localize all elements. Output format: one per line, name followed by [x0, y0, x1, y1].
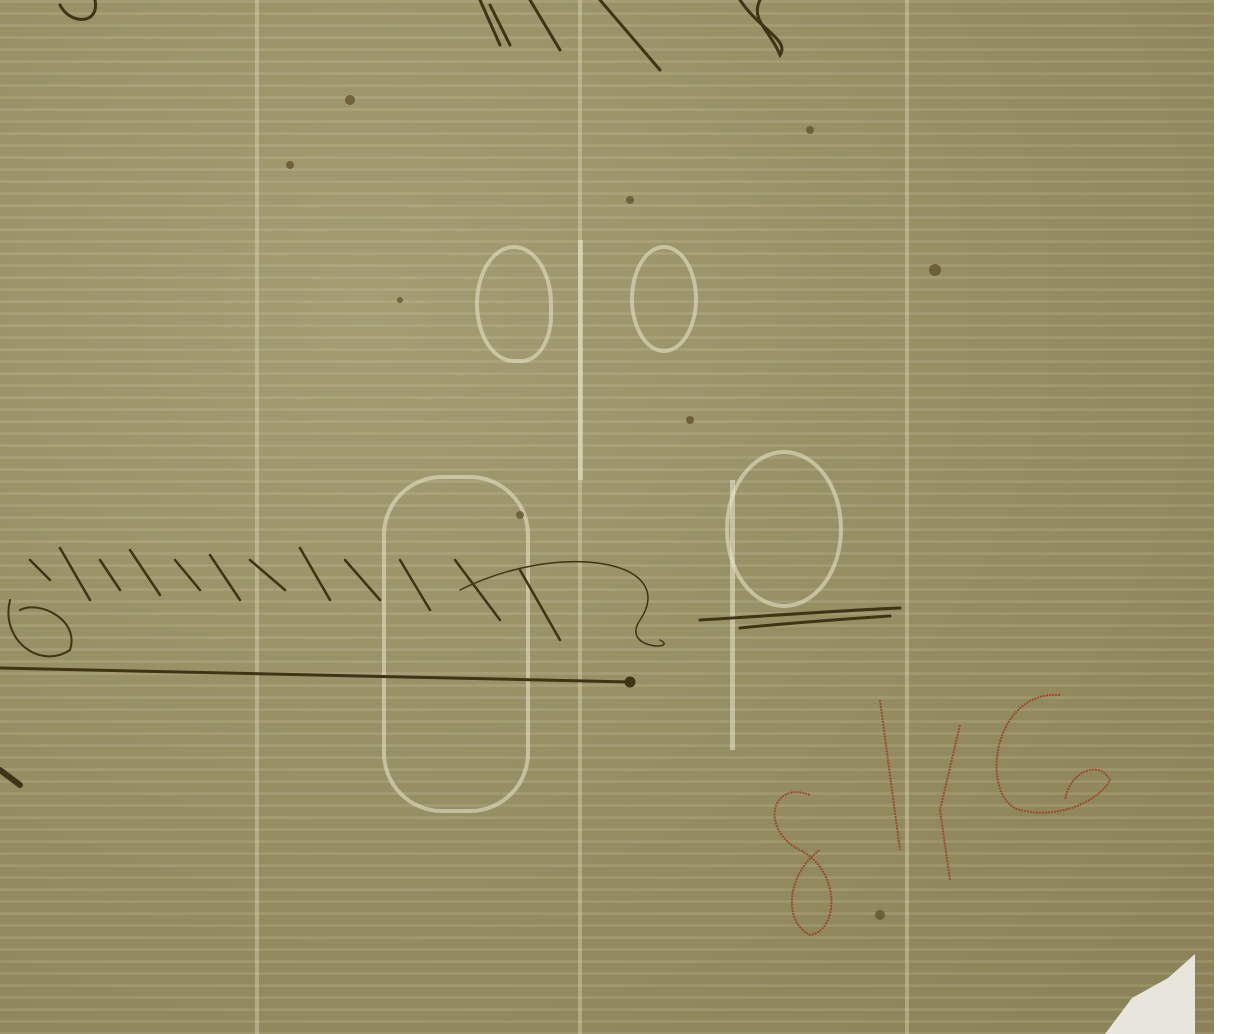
ink-marks	[0, 0, 1214, 1034]
annotation-slash	[940, 725, 960, 880]
annotation-digit-8	[775, 792, 832, 935]
paper-sheet: 8 1/6	[0, 0, 1214, 1034]
annotation-digit-6	[997, 695, 1110, 813]
annotation-digit-1	[880, 700, 900, 850]
